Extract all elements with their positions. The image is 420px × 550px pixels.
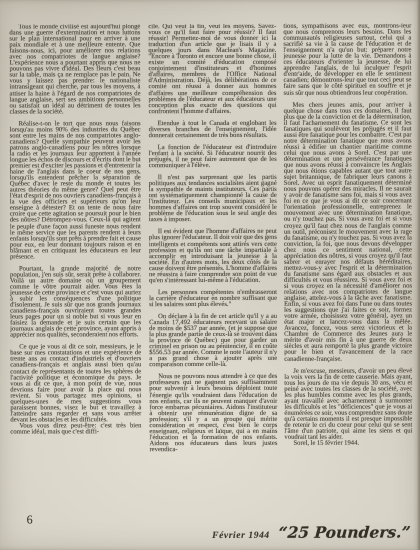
paragraph: Vous vous direz peut-être: c'est très bi… [10, 423, 141, 435]
page-number: 6 [27, 512, 33, 527]
paragraph: tions, sympathisons avec eux, montrons-l… [283, 23, 411, 96]
paragraph: Je m'excuse, messieurs, d'avoir un peu é… [284, 368, 412, 441]
paragraph: Réalise-t-on le tort que nous nous faiso… [10, 121, 141, 260]
paragraph: Ce que je vous ai dit ce soir, messieurs… [10, 345, 141, 424]
page-footer: Février 1944 “25 Pounders.” [212, 522, 411, 542]
paragraph: Il n'est pas surprenant que les partis p… [149, 175, 277, 224]
paragraph: Les personnes compétentes n'embrasseront… [149, 290, 277, 308]
paragraph: Nous ne pouvons nous attendre à ce que d… [149, 374, 277, 453]
text-column-3: tions, sympathisons avec eux, montrons-l… [283, 23, 412, 515]
paragraph: Sorel, le 15 février 1944. [284, 441, 412, 447]
paragraph: cile. Qui veut la fin, veut les moyens. … [148, 24, 276, 115]
paragraph: Mes chers jeunes amis, pour arriver à qu… [284, 102, 413, 362]
text-column-1: Tous le monde civilisé est aujourd'hui p… [9, 24, 141, 516]
text-column-2: cile. Qui veut la fin, veut les moyens. … [148, 24, 277, 516]
paragraph: Pourtant, la grande majorité de notre po… [10, 266, 141, 339]
paragraph: Etendue à tout le Canada et englobant le… [149, 121, 277, 139]
footer-publication-title: “25 Pounders.” [278, 522, 411, 541]
paragraph: On déclare à la fin de cet article qu'il… [149, 314, 277, 369]
paragraph: La fonction de l'éducateur est d'introdu… [149, 145, 277, 170]
paragraph: Il est évident que l'homme d'affaires ne… [149, 229, 277, 284]
paragraph: Tous le monde civilisé est aujourd'hui p… [9, 24, 140, 115]
page-content: Tous le monde civilisé est aujourd'hui p… [0, 0, 420, 550]
scanned-page: { "page": { "kind": "scanned magazine pa… [0, 0, 420, 550]
footer-issue-date: Février 1944 [212, 531, 270, 541]
